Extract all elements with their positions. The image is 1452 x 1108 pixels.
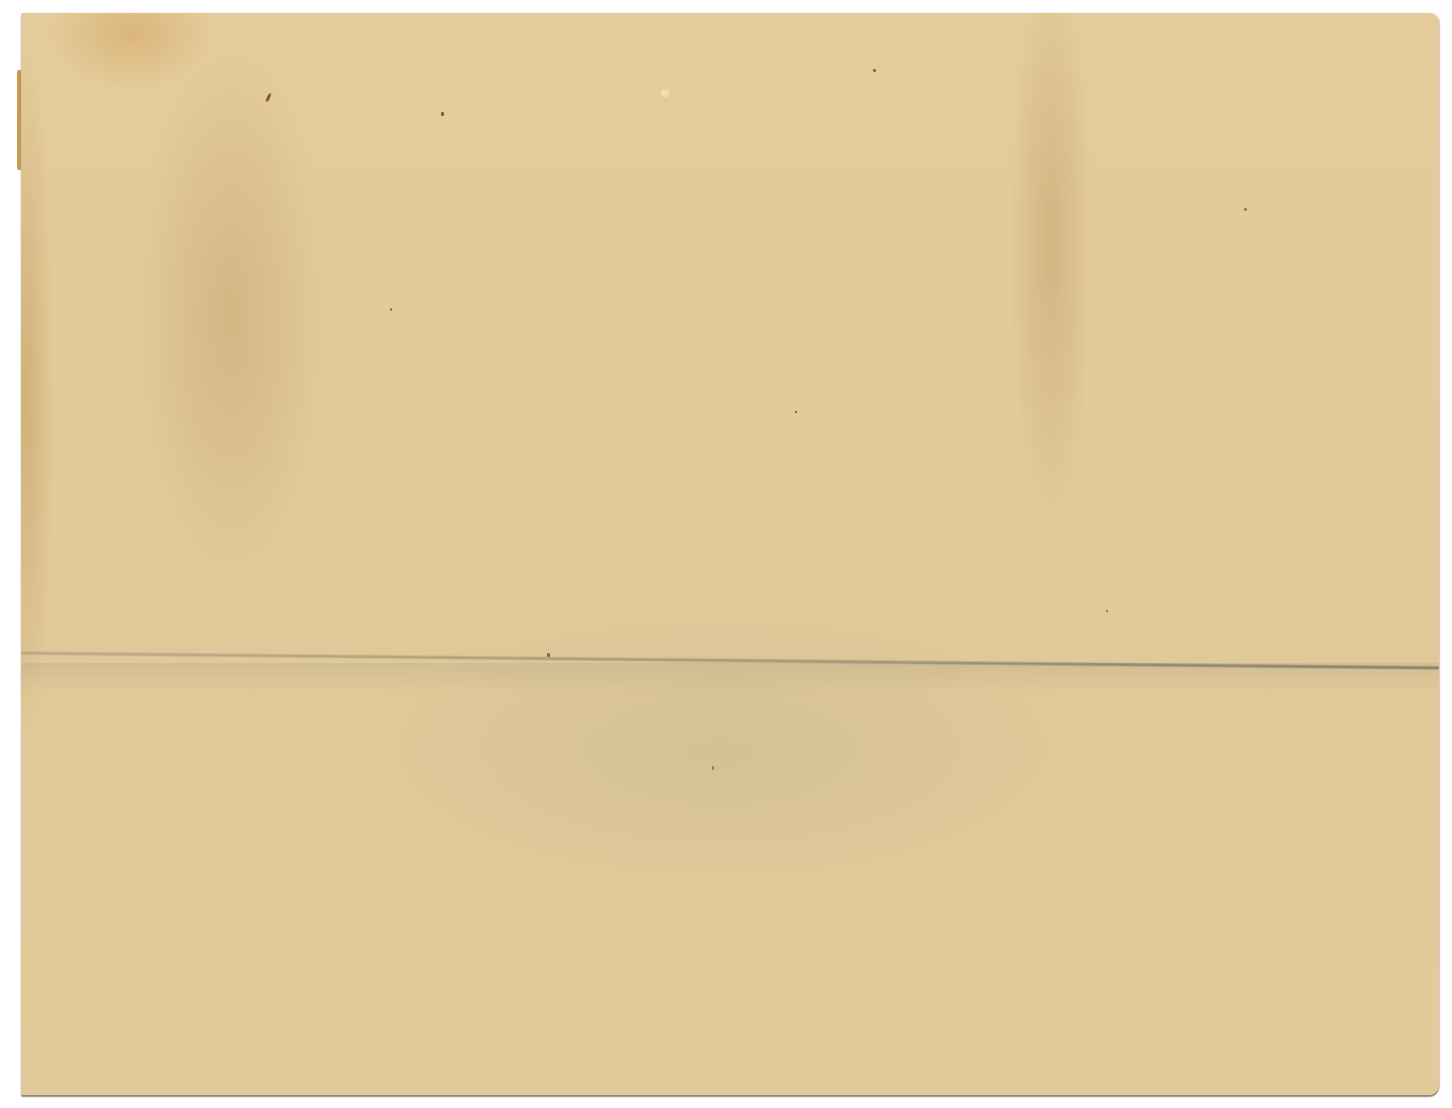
speck <box>873 69 876 72</box>
aged-paper-sheet <box>21 13 1439 1095</box>
paper-stains <box>21 13 1439 1095</box>
fold-crease-shadow <box>21 663 1439 693</box>
image-description: Blank aged paper sheet with yellowed ton… <box>0 0 1 1</box>
speck <box>712 766 714 770</box>
speck <box>547 653 550 657</box>
speck <box>1106 610 1108 612</box>
speck <box>795 411 797 413</box>
speck <box>1244 208 1247 211</box>
speck <box>390 308 392 311</box>
speck <box>441 112 444 116</box>
speck <box>661 89 669 97</box>
